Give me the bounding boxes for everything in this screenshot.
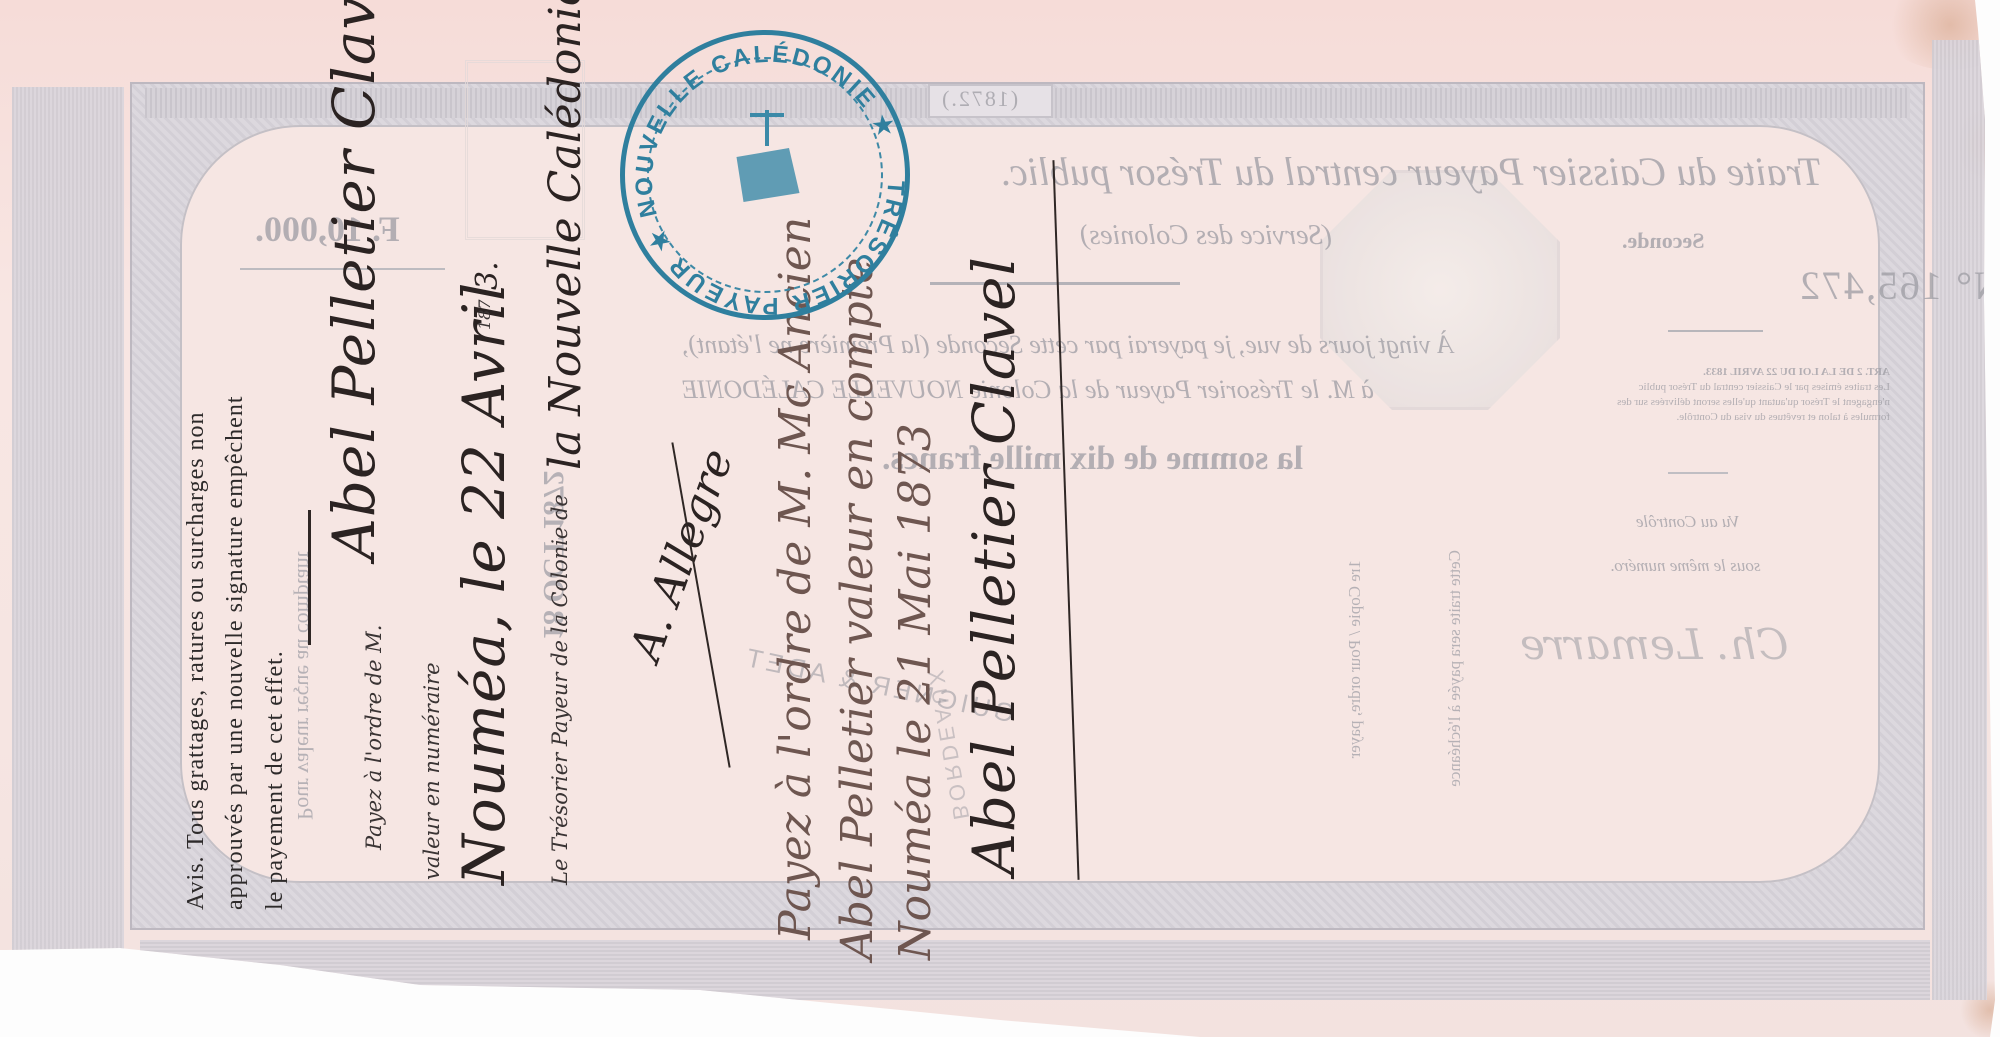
law-note: ART. 2 DE LA LOI DU 22 AVRIL 1833. Les t… xyxy=(1590,365,1890,425)
endorsement1-printed-pay-order: Payez à l'ordre de M. xyxy=(362,625,386,850)
notice-line-2: approuvés par une nouvelle signature emp… xyxy=(222,396,249,911)
side-print-2: Cette traite sera payée à l'échéance xyxy=(1445,550,1465,787)
engraved-strip-left xyxy=(12,87,124,957)
endorsement1-year-suffix: 3. xyxy=(470,261,505,290)
endorsement1-printed-treasurer: Le Trésorier Payeur de la Colonie de xyxy=(548,494,572,885)
crown-emblem-bar xyxy=(750,113,784,117)
endorsement1-place-date: Nouméa, le 22 Avril xyxy=(450,282,518,885)
engraved-strip-right xyxy=(1932,40,1987,1000)
endorsement1-colony: la Nouvelle Calédonie xyxy=(540,0,591,470)
endorsement1-year-prefix: 187 xyxy=(475,299,494,330)
document-sheet: (1872.) Traite du Caissier Payeur centra… xyxy=(0,0,2000,1037)
document-subtitle: (Service des Colonies) xyxy=(1080,220,1332,252)
notice-rule xyxy=(308,510,311,645)
body-amount-words: la somme de dix mille francs. xyxy=(882,440,1303,478)
controller-signature: Ch. Lemarre xyxy=(1520,620,1789,669)
notice-line-1: Avis. Tous grattages, ratures ou surchar… xyxy=(183,411,210,910)
value-line-ghost: Pour valeur reçue au comptant xyxy=(292,551,318,820)
embossed-seal-icon xyxy=(1320,170,1560,410)
endorsement2-signature: Abel Pelletier Clavel xyxy=(960,256,1028,875)
law-note-text: Les traites émises par le Caissier centr… xyxy=(1590,380,1890,425)
notice-line-3: le payement de cet effet. xyxy=(262,650,289,910)
endorsement2-line-1: Payez à l'ordre de M. Mc Ancien xyxy=(770,217,821,940)
endorsement1-printed-value: valeur en numéraire xyxy=(420,662,444,880)
endorsement1-payee: Abel Pelletier Clavel xyxy=(320,0,388,560)
endorsement2-line-3: Nouméa le 21 Mai 1873 xyxy=(890,423,941,960)
visa-line-2: sous le même numéro. xyxy=(1610,556,1760,576)
law-note-heading: ART. 2 DE LA LOI DU 22 AVRIL 1833. xyxy=(1590,365,1890,380)
visa-rule xyxy=(1668,472,1728,474)
side-print-1: 1re Copie / Pour ordre, payer xyxy=(1345,560,1365,758)
serial-number: N° 165,472 xyxy=(1798,262,2000,309)
year-label: (1872.) xyxy=(940,86,1018,112)
visa-line-1: Vu au Contrôle xyxy=(1636,512,1740,532)
endorsement2-line-2: Abel Pelletier valeur en compte xyxy=(832,258,883,960)
copy-label: Seconde. xyxy=(1622,228,1705,254)
document-title: Traite du Caissier Payeur central du Tré… xyxy=(1000,148,1822,195)
treasurer-stamp: TRÉSORIER PAYEUR ★ NOUVELLE CALÉDONIE ★ xyxy=(620,30,910,320)
serial-rule xyxy=(1668,330,1763,332)
